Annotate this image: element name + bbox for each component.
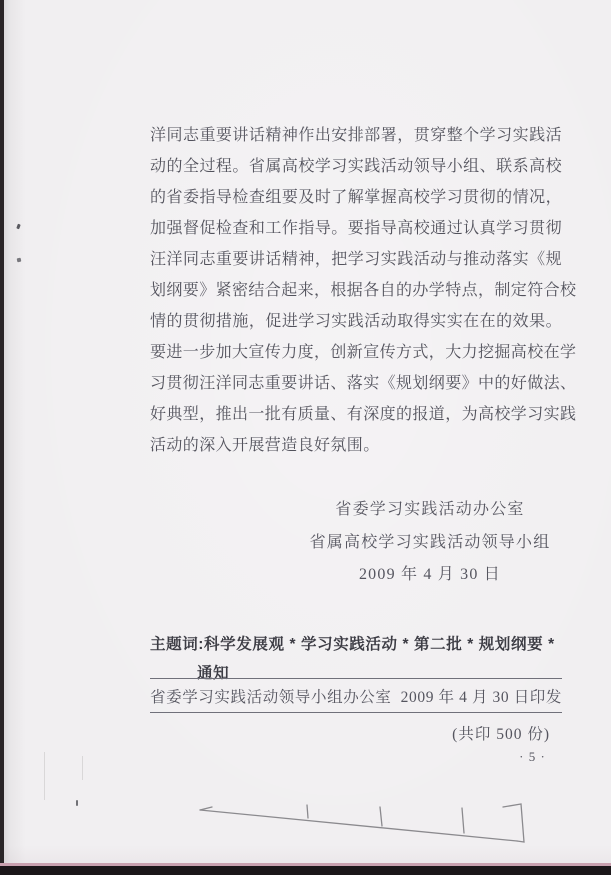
subject-words: 主题词:科学发展观 * 学习实践活动 * 第二批 * 规划纲要 * 通知 <box>150 630 564 688</box>
paper-crease <box>44 752 45 800</box>
body-line: 要进一步加大宣传力度，创新宣传方式，大力挖掘高校在学 <box>150 337 562 368</box>
ink-speck <box>16 224 21 230</box>
ink-speck <box>76 800 78 806</box>
body-line: 动的全过程。省属高校学习实践活动领导小组、联系高校 <box>150 151 562 182</box>
colophon-print-date: 2009 年 4 月 30 日印发 <box>401 685 562 707</box>
print-count: (共印 500 份) <box>150 722 550 744</box>
body-line: 加强督促检查和工作指导。要指导高校通过认真学习贯彻 <box>150 213 562 244</box>
separator-rule-top <box>150 678 562 679</box>
body-line: 划纲要》紧密结合起来，根据各自的办学特点，制定符合校 <box>150 275 562 306</box>
ink-speck <box>17 258 22 263</box>
body-line: 活动的深入开展营造良好氛围。 <box>150 430 562 461</box>
subject-line-1: 主题词:科学发展观 * 学习实践活动 * 第二批 * 规划纲要 * <box>150 630 564 659</box>
body-line: 汪洋同志重要讲话精神，把学习实践活动与推动落实《规 <box>150 244 562 275</box>
body-line: 习贯彻汪洋同志重要讲话、落实《规划纲要》中的好做法、 <box>150 368 562 399</box>
signature-block: 省委学习实践活动办公室 省属高校学习实践活动领导小组 2009 年 4 月 30… <box>260 494 600 592</box>
body-line: 情的贯彻措施，促进学习实践活动取得实实在在的效果。 <box>150 306 562 337</box>
body-paragraph: 洋同志重要讲话精神作出安排部署，贯穿整个学习实践活 动的全过程。省属高校学习实践… <box>150 120 562 461</box>
signature-date: 2009 年 4 月 30 日 <box>260 559 600 592</box>
scanned-document-page: { "body": { "lines": [ "洋同志重要讲话精神作出安排部署，… <box>0 0 611 875</box>
scanner-edge-left <box>0 0 4 875</box>
separator-rule-bottom <box>150 712 562 713</box>
colophon-line: 省委学习实践活动领导小组办公室 2009 年 4 月 30 日印发 <box>150 685 562 707</box>
body-line: 的省委指导检查组要及时了解掌握高校学习贯彻的情况， <box>150 182 562 213</box>
signature-group: 省属高校学习实践活动领导小组 <box>260 527 600 560</box>
body-line: 洋同志重要讲话精神作出安排部署，贯穿整个学习实践活 <box>150 120 562 151</box>
signature-office: 省委学习实践活动办公室 <box>260 494 600 527</box>
paper-crease <box>82 756 83 780</box>
body-line: 好典型，推出一批有质量、有深度的报道，为高校学习实践 <box>150 399 562 430</box>
subject-line-2: 通知 <box>150 659 564 688</box>
colophon-issuer: 省委学习实践活动领导小组办公室 <box>150 685 392 707</box>
scanner-edge-bottom <box>0 866 611 875</box>
handwritten-tally-mark-icon <box>190 796 535 851</box>
page-number: · 5 · <box>505 749 560 765</box>
